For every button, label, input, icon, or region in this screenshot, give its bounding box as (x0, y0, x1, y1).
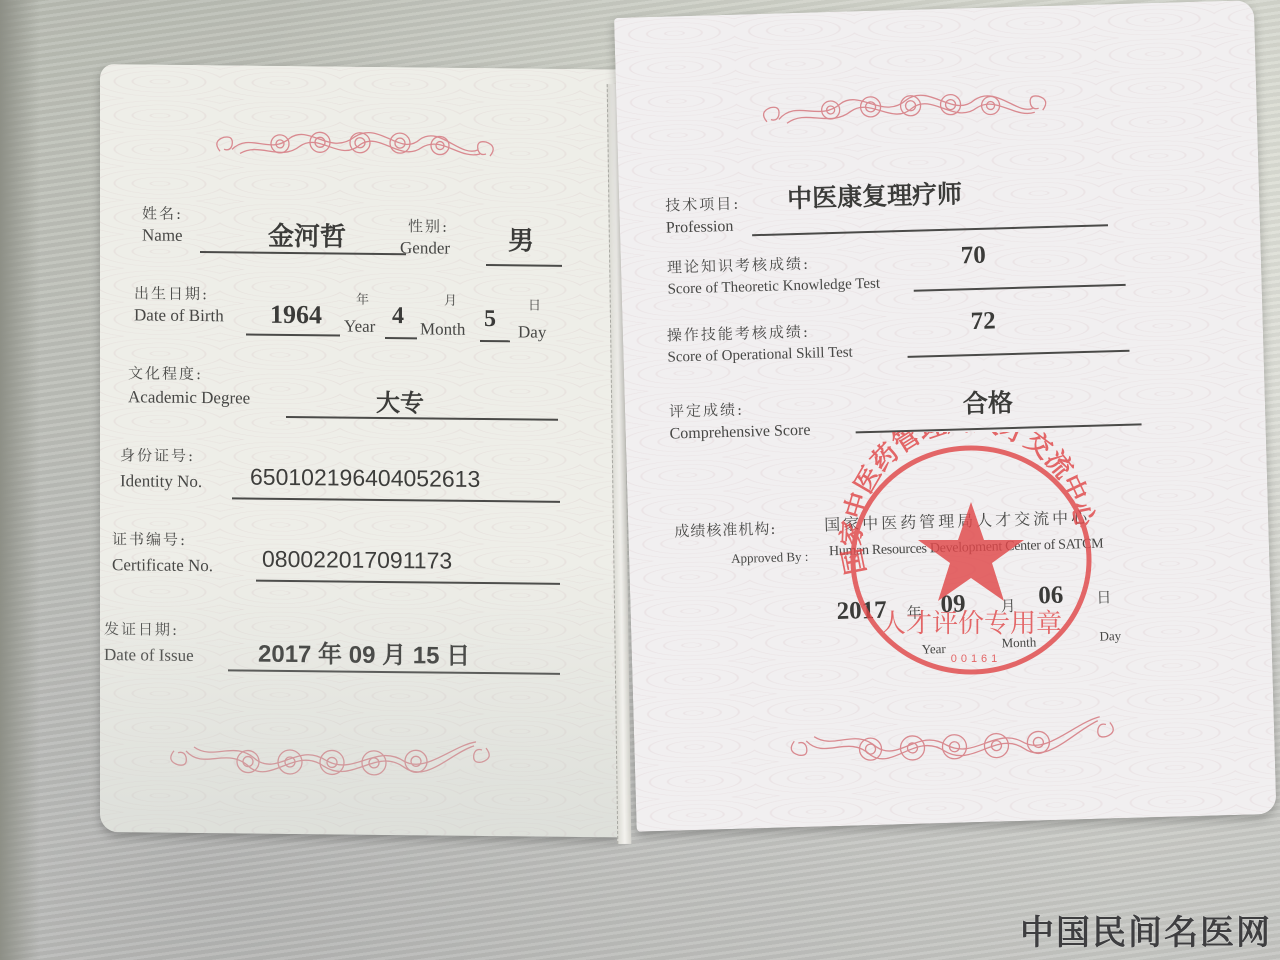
comprehensive-value: 合格 (962, 383, 1013, 420)
degree-en-label: Academic Degree (128, 387, 250, 408)
dob-day-underline (480, 340, 510, 342)
name-value: 金河哲 (268, 216, 346, 254)
top-ornament-right (756, 80, 1053, 136)
seal-serial-number: 00161 (951, 653, 1002, 665)
certificate-underline (256, 580, 560, 585)
top-ornament-left (210, 121, 500, 168)
certificate-value: 080022017091173 (262, 546, 452, 575)
operational-value: 72 (970, 307, 996, 336)
dob-year-cn: 年 (356, 289, 371, 308)
comprehensive-cn-label: 评定成绩: (669, 397, 810, 422)
dob-day-cn: 日 (528, 294, 543, 313)
official-red-seal: 国家中医药管理局人才交流中心 人才评价专用章 00161 (826, 432, 1116, 682)
certificate-cn-label: 证书编号: (112, 528, 213, 550)
comprehensive-en-label: Comprehensive Score (669, 422, 810, 444)
name-underline (200, 251, 406, 255)
identity-value: 650102196404052613 (250, 464, 480, 493)
approved-by-cn-label: 成绩核准机构: (674, 518, 777, 542)
profession-underline (752, 224, 1108, 236)
degree-value: 大专 (376, 383, 424, 419)
identity-cn-label: 身份证号: (120, 444, 202, 466)
seal-inner-text: 人才评价专用章 (880, 609, 1062, 639)
certificate-right-page: 技术项目: Profession 中医康复理疗师 理论知识考核成绩: Score… (614, 0, 1276, 832)
site-watermark: 中国民间名医网 (1020, 905, 1272, 954)
certificate-left-page: 姓名: Name 金河哲 性别: Gender 男 出生日期: Date of … (100, 64, 622, 837)
bottom-ornament-right (784, 710, 1122, 779)
theoretic-underline (914, 284, 1126, 292)
dob-cn-label: 出生日期: (134, 282, 224, 304)
bottom-ornament-left (164, 731, 496, 790)
operational-cn-label: 操作技能考核成绩: (667, 319, 853, 345)
issue-en-label: Date of Issue (104, 645, 194, 666)
dob-day-value: 5 (484, 306, 496, 333)
theoretic-cn-label: 理论知识考核成绩: (667, 251, 880, 278)
dob-month-underline (385, 337, 417, 339)
operational-en-label: Score of Operational Skill Test (667, 344, 853, 366)
issue-date-value: 2017 年 09 月 15 日 (258, 634, 470, 671)
approved-by-en-label: Approved By : (731, 549, 809, 567)
identity-en-label: Identity No. (120, 471, 202, 492)
theoretic-value: 70 (960, 242, 986, 271)
certificate-en-label: Certificate No. (112, 555, 213, 576)
theoretic-en-label: Score of Theoretic Knowledge Test (667, 276, 880, 299)
profession-value: 中医康复理疗师 (787, 174, 963, 215)
dob-en-label: Date of Birth (134, 305, 224, 326)
dob-month-value: 4 (392, 303, 404, 330)
name-cn-label: 姓名: (142, 202, 183, 223)
gender-en-label: Gender (400, 238, 450, 259)
gender-cn-label: 性别: (400, 215, 450, 237)
identity-underline (232, 497, 560, 502)
dob-day-en: Day (518, 322, 546, 342)
operational-underline (908, 350, 1130, 358)
dob-year-value: 1964 (270, 300, 322, 331)
dob-month-cn: 月 (444, 290, 459, 309)
issue-cn-label: 发证日期: (104, 618, 194, 640)
degree-underline (286, 416, 558, 420)
dob-month-en: Month (420, 319, 465, 339)
issue-underline (228, 669, 560, 674)
gender-value: 男 (508, 220, 534, 257)
dob-year-en: Year (344, 317, 375, 337)
gender-underline (486, 264, 562, 266)
profession-cn-label: 技术项目: (665, 193, 741, 216)
dob-year-underline (246, 334, 340, 337)
profession-en-label: Profession (666, 218, 742, 238)
background-shadow (0, 0, 40, 960)
name-en-label: Name (142, 225, 183, 245)
degree-cn-label: 文化程度: (128, 362, 250, 384)
